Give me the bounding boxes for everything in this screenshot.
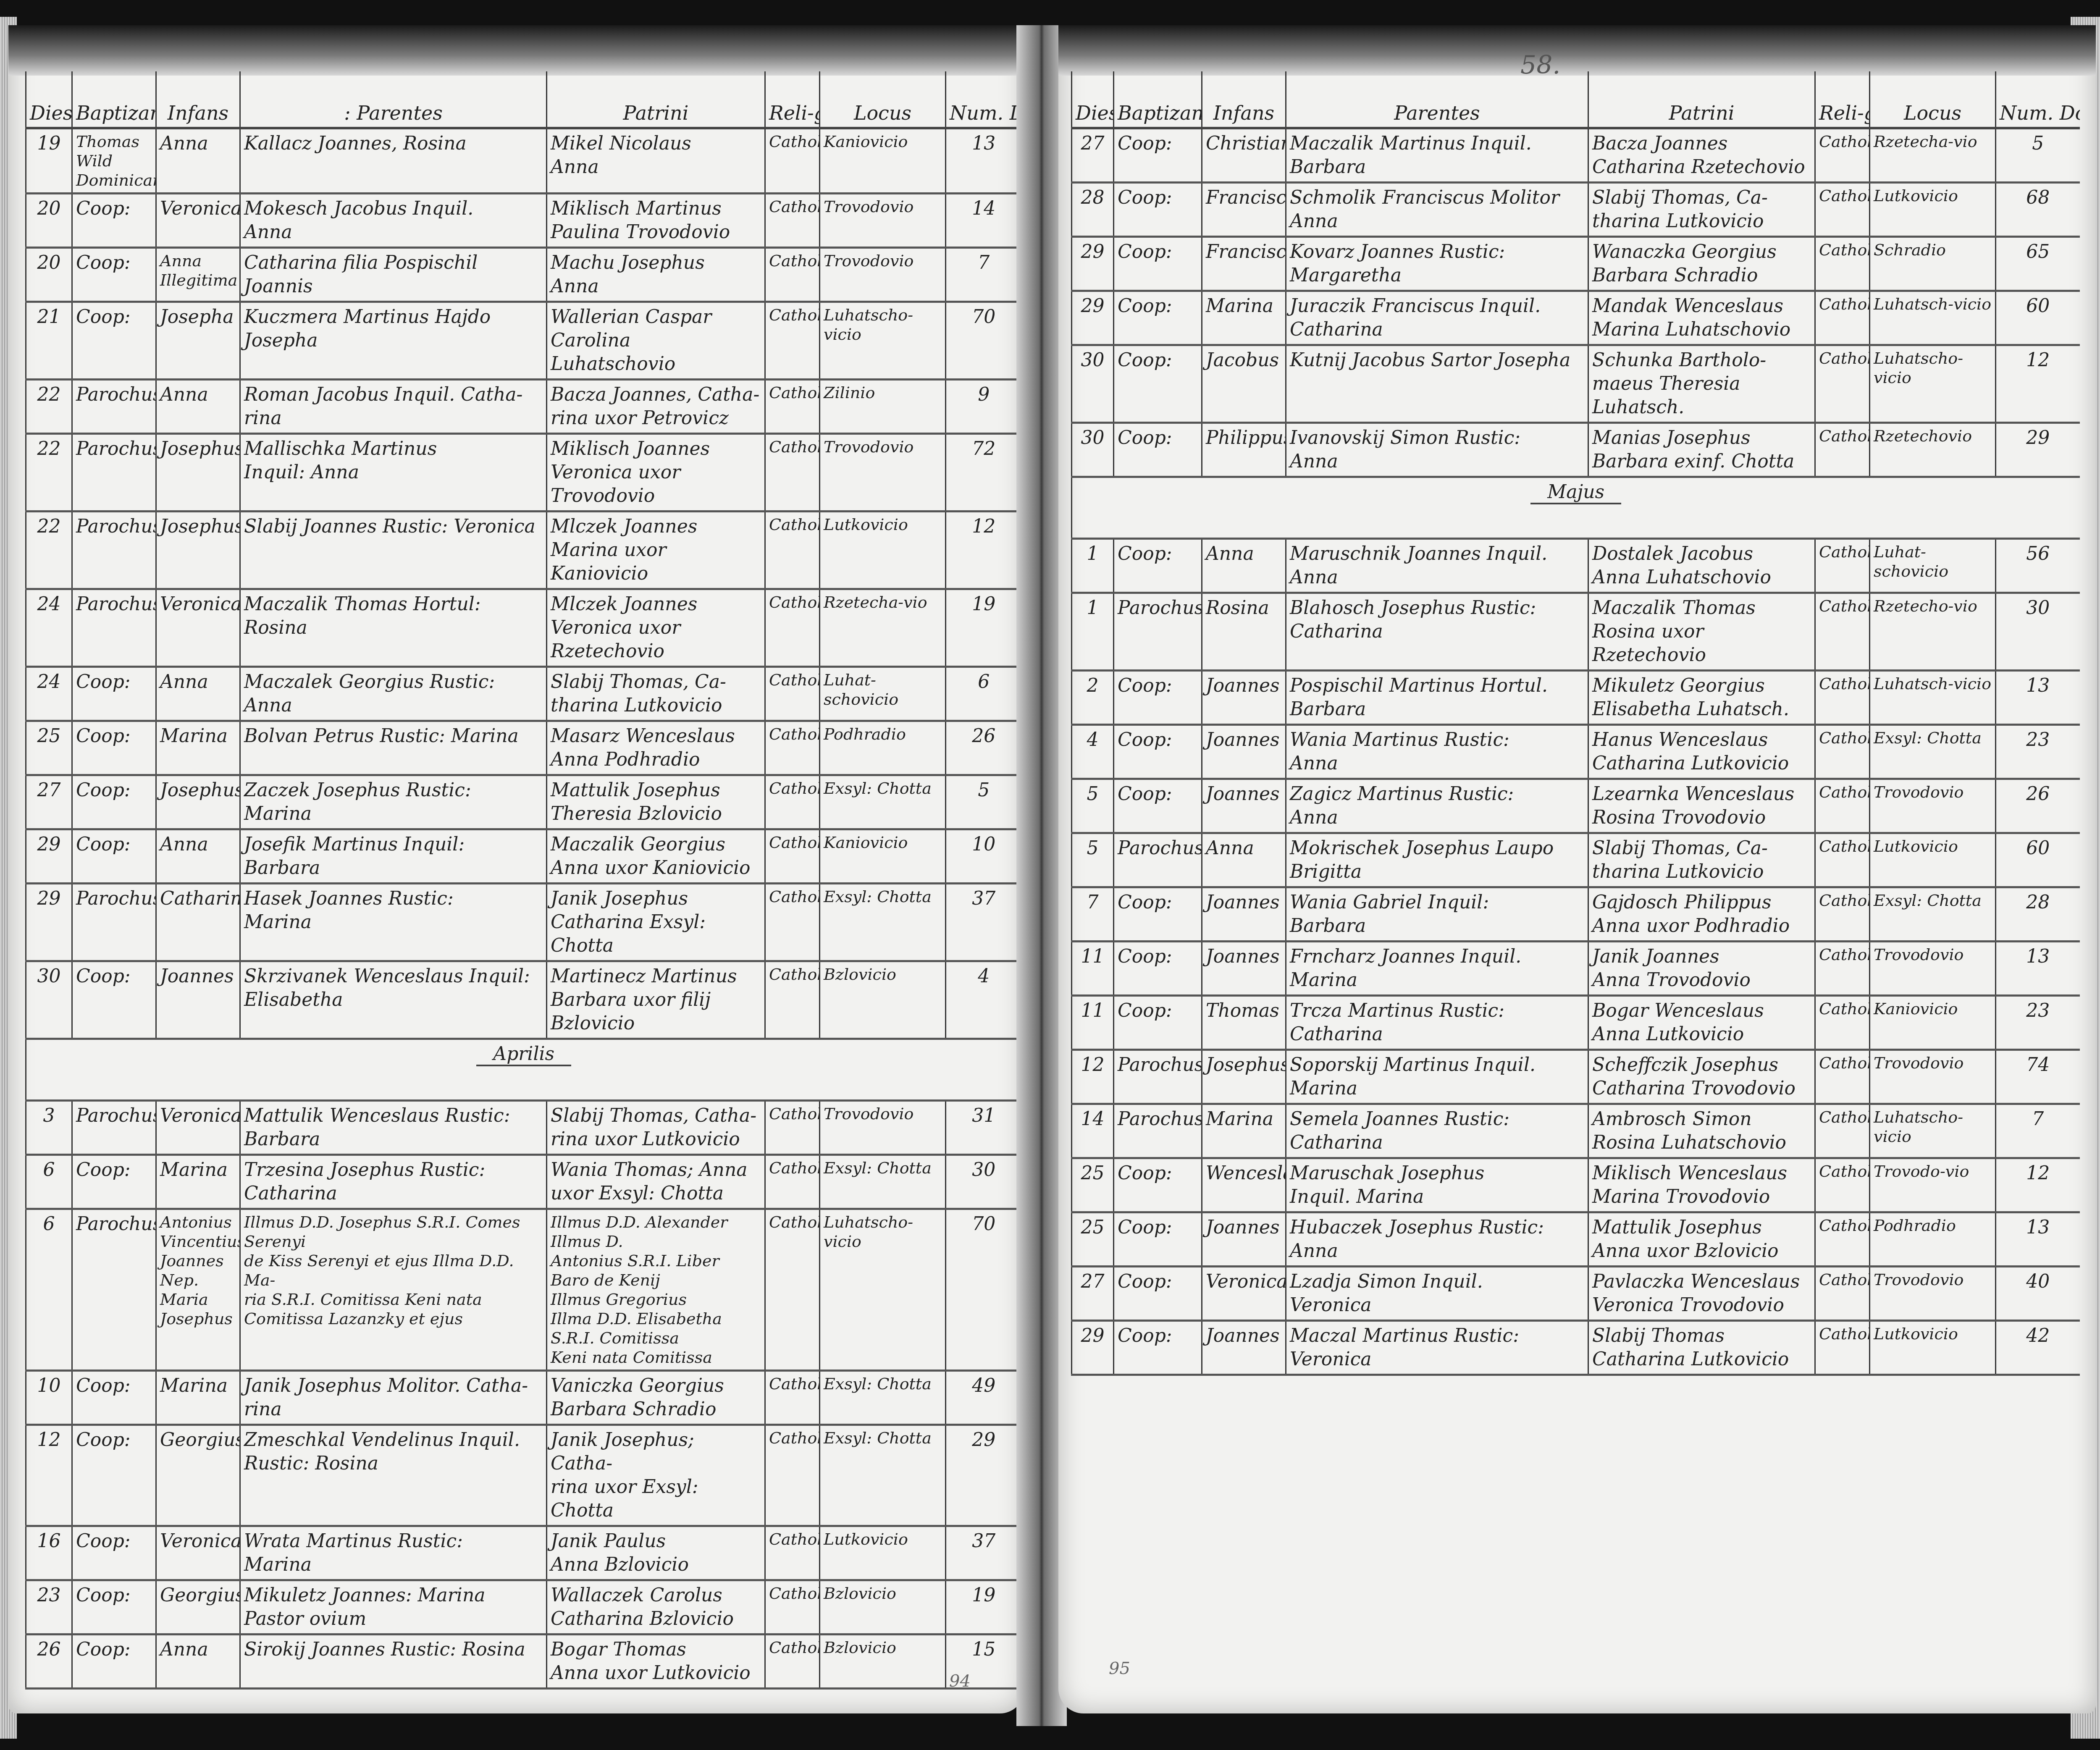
parentes-line: Mokesch Jacobus Inquil. bbox=[244, 197, 543, 220]
patrini-line: Rosina Luhatschovio bbox=[1592, 1131, 1811, 1154]
parentes-cell: Zagicz Martinus Rustic:Anna bbox=[1286, 779, 1588, 833]
house-number-cell: 26 bbox=[946, 721, 1021, 775]
parentes-line: Catharina bbox=[1290, 1023, 1584, 1046]
patrini-cell: Machu JosephusAnna bbox=[547, 248, 765, 302]
patrini-line: Anna uxor Kaniovicio bbox=[551, 856, 761, 880]
religio-cell: Cathol. bbox=[765, 829, 820, 884]
religio-cell: Cathol. bbox=[1815, 1104, 1870, 1158]
religio-cell: Cathol. bbox=[765, 512, 820, 589]
parentes-cell: Mikuletz Joannes: MarinaPastor ovium bbox=[240, 1580, 547, 1635]
parentes-line: Trcza Martinus Rustic: bbox=[1290, 999, 1584, 1023]
patrini-line: Anna uxor Bzlovicio bbox=[1592, 1239, 1811, 1263]
patrini-cell: Mandak WenceslausMarina Luhatschovio bbox=[1588, 291, 1815, 345]
house-number-cell: 9 bbox=[946, 380, 1021, 434]
day-cell: 3 bbox=[26, 1101, 72, 1155]
locus-cell: Luhat-schovicio bbox=[1870, 539, 1996, 593]
locus-cell: Kaniovicio bbox=[820, 829, 946, 884]
parentes-line: Barbara bbox=[1290, 914, 1584, 938]
header-house-number: Num. Domus bbox=[946, 71, 1021, 128]
house-number-cell: 68 bbox=[1996, 183, 2080, 237]
patrini-cell: Martinecz MartinusBarbara uxor filij Bzl… bbox=[547, 961, 765, 1039]
patrini-line: Slabij Thomas, Catha- bbox=[551, 1104, 761, 1128]
parentes-cell: Semela Joannes Rustic:Catharina bbox=[1286, 1104, 1588, 1158]
patrini-cell: Wanaczka GeorgiusBarbara Schradio bbox=[1588, 237, 1815, 291]
locus-cell: Exsyl: Chotta bbox=[1870, 887, 1996, 942]
baptizans-cell: Coop: bbox=[72, 721, 156, 775]
parentes-line: Maruschak Josephus bbox=[1290, 1162, 1584, 1185]
parentes-cell: Skrzivanek Wenceslaus Inquil:Elisabetha bbox=[240, 961, 547, 1039]
house-number-cell: 13 bbox=[1996, 1212, 2080, 1267]
patrini-line: rina uxor Exsyl: Chotta bbox=[551, 1475, 761, 1522]
baptizans-cell: Parochus bbox=[1114, 1104, 1202, 1158]
patrini-line: Schunka Bartholo- bbox=[1592, 349, 1811, 372]
parentes-cell: Schmolik Franciscus MolitorAnna bbox=[1286, 183, 1588, 237]
baptizans-cell: Coop: bbox=[72, 1371, 156, 1425]
patrini-cell: Slabij Thomas, Ca-tharina Lutkovicio bbox=[547, 667, 765, 721]
house-number-cell: 56 bbox=[1996, 539, 2080, 593]
parentes-line: Hasek Joannes Rustic: bbox=[244, 887, 543, 910]
parentes-line: Zaczek Josephus Rustic: bbox=[244, 779, 543, 802]
religio-cell: Cathol. bbox=[765, 1635, 820, 1689]
patrini-cell: Slabij Thomas, Catha-rina uxor Lutkovici… bbox=[547, 1101, 765, 1155]
patrini-cell: Maczalik GeorgiusAnna uxor Kaniovicio bbox=[547, 829, 765, 884]
parentes-line: rina bbox=[244, 407, 543, 430]
house-number-cell: 4 bbox=[946, 961, 1021, 1039]
parentes-cell: Maczalik Martinus Inquil.Barbara bbox=[1286, 128, 1588, 183]
patrini-cell: Janik JosephusCatharina Exsyl: Chotta bbox=[547, 884, 765, 961]
patrini-cell: Wallerian CasparCarolina Luhatschovio bbox=[547, 302, 765, 380]
register-row: 1ParochusRosinaBlahosch Josephus Rustic:… bbox=[1072, 593, 2080, 671]
parentes-line: Rustic: Rosina bbox=[244, 1452, 543, 1475]
patrini-line: Bogar Wenceslaus bbox=[1592, 999, 1811, 1023]
patrini-line: Slabij Thomas, Ca- bbox=[1592, 837, 1811, 860]
parentes-line: Anna bbox=[1290, 806, 1584, 829]
day-cell: 1 bbox=[1072, 539, 1114, 593]
day-cell: 28 bbox=[1072, 183, 1114, 237]
left-column-headers: DiesBaptizansInfans: ParentesPatriniReli… bbox=[26, 71, 1021, 128]
parentes-line: Joannis bbox=[244, 275, 543, 298]
baptizans-cell: Coop: bbox=[1114, 671, 1202, 725]
parentes-line: Anna bbox=[244, 220, 543, 244]
religio-cell: Cathol. bbox=[1815, 237, 1870, 291]
religio-cell: Cathol. bbox=[1815, 996, 1870, 1050]
patrini-line: Pavlaczka Wenceslaus bbox=[1592, 1270, 1811, 1293]
register-row: 12Coop:GeorgiusZmeschkal Vendelinus Inqu… bbox=[26, 1425, 1021, 1526]
infans-cell: Joannes bbox=[1202, 725, 1286, 779]
infans-cell: Anna bbox=[156, 1635, 240, 1689]
patrini-line: Catharina Rzetechovio bbox=[1592, 155, 1811, 179]
folio-number-left: 94 bbox=[949, 1671, 971, 1691]
parentes-cell: Maruschnik Joannes Inquil.Anna bbox=[1286, 539, 1588, 593]
register-row: 25Coop:WenceslausMaruschak JosephusInqui… bbox=[1072, 1158, 2080, 1212]
parentes-cell: Pospischil Martinus Hortul.Barbara bbox=[1286, 671, 1588, 725]
patrini-line: Rosina uxor Rzetechovio bbox=[1592, 620, 1811, 667]
infans-cell: Catharina bbox=[156, 884, 240, 961]
day-cell: 7 bbox=[1072, 887, 1114, 942]
register-row: 5ParochusAnnaMokrischek Josephus LaupoBr… bbox=[1072, 833, 2080, 887]
house-number-cell: 28 bbox=[1996, 887, 2080, 942]
patrini-cell: Wania Thomas; Annauxor Exsyl: Chotta bbox=[547, 1155, 765, 1209]
patrini-cell: Ambrosch SimonRosina Luhatschovio bbox=[1588, 1104, 1815, 1158]
parentes-line: Anna bbox=[1290, 210, 1584, 233]
parentes-line: Catharina filia Pospischil bbox=[244, 251, 543, 275]
patrini-line: Marina Trovodovio bbox=[1592, 1185, 1811, 1209]
patrini-line: Barbara uxor filij Bzlovicio bbox=[551, 988, 761, 1035]
infans-cell: Anna Illegitima bbox=[156, 248, 240, 302]
religio-cell: Cathol. bbox=[765, 589, 820, 667]
religio-cell: Cathol. bbox=[765, 380, 820, 434]
infans-cell: Josephus bbox=[156, 775, 240, 829]
day-cell: 30 bbox=[1072, 423, 1114, 477]
baptizans-cell: Coop: bbox=[72, 1635, 156, 1689]
patrini-line: Manias Josephus bbox=[1592, 426, 1811, 450]
locus-cell: Trovodovio bbox=[1870, 942, 1996, 996]
register-row: 26Coop:AnnaSirokij Joannes Rustic: Rosin… bbox=[26, 1635, 1021, 1689]
patrini-line: Mikuletz Georgius bbox=[1592, 674, 1811, 698]
baptizans-cell: Coop: bbox=[1114, 539, 1202, 593]
patrini-line: Veronica uxor Trovodovio bbox=[551, 461, 761, 508]
religio-cell: Cathol. bbox=[1815, 593, 1870, 671]
baptizans-cell: Coop: bbox=[72, 961, 156, 1039]
patrini-cell: Slabij Thomas, Ca-tharina Lutkovicio bbox=[1588, 183, 1815, 237]
patrini-line: maeus Theresia Luhatsch. bbox=[1592, 372, 1811, 419]
infans-cell: Marina bbox=[156, 721, 240, 775]
parentes-line: de Kiss Serenyi et ejus Illma D.D. Ma- bbox=[244, 1251, 543, 1290]
patrini-line: Gajdosch Philippus bbox=[1592, 891, 1811, 914]
baptizans-cell: Coop: bbox=[1114, 1158, 1202, 1212]
locus-cell: Zilinio bbox=[820, 380, 946, 434]
locus-cell: Luhatsch-vicio bbox=[1870, 671, 1996, 725]
locus-cell: Exsyl: Chotta bbox=[820, 1155, 946, 1209]
book-spread: DiesBaptizansInfans: ParentesPatriniReli… bbox=[0, 0, 2100, 1750]
register-row: 23Coop:GeorgiusMikuletz Joannes: MarinaP… bbox=[26, 1580, 1021, 1635]
patrini-line: Anna Lutkovicio bbox=[1592, 1023, 1811, 1046]
house-number-cell: 74 bbox=[1996, 1050, 2080, 1104]
patrini-cell: Gajdosch PhilippusAnna uxor Podhradio bbox=[1588, 887, 1815, 942]
patrini-line: Mikel Nicolaus bbox=[551, 132, 761, 155]
parentes-line: Inquil: Anna bbox=[244, 461, 543, 484]
baptizans-cell: Coop: bbox=[1114, 128, 1202, 183]
house-number-cell: 19 bbox=[946, 1580, 1021, 1635]
day-cell: 25 bbox=[1072, 1158, 1114, 1212]
infans-cell: Franciscus bbox=[1202, 183, 1286, 237]
register-row: 4Coop:JoannesWania Martinus Rustic:AnnaH… bbox=[1072, 725, 2080, 779]
parentes-line: Wania Martinus Rustic: bbox=[1290, 728, 1584, 752]
parentes-cell: Zaczek Josephus Rustic:Marina bbox=[240, 775, 547, 829]
house-number-cell: 70 bbox=[946, 302, 1021, 380]
locus-cell: Trovodovio bbox=[1870, 779, 1996, 833]
baptizans-cell: Coop: bbox=[72, 248, 156, 302]
locus-cell: Lutkovicio bbox=[1870, 1321, 1996, 1375]
infans-cell: Josepha bbox=[156, 302, 240, 380]
register-row: 11Coop:JoannesFrncharz Joannes Inquil.Ma… bbox=[1072, 942, 2080, 996]
parentes-line: Marina bbox=[244, 910, 543, 934]
patrini-line: Carolina Luhatschovio bbox=[551, 329, 761, 376]
day-cell: 25 bbox=[1072, 1212, 1114, 1267]
patrini-line: uxor Exsyl: Chotta bbox=[551, 1182, 761, 1205]
parentes-line: Anna bbox=[1290, 450, 1584, 473]
patrini-line: Barbara Schradio bbox=[1592, 264, 1811, 287]
register-row: 27Coop:JosephusZaczek Josephus Rustic:Ma… bbox=[26, 775, 1021, 829]
parentes-cell: Bolvan Petrus Rustic: Marina bbox=[240, 721, 547, 775]
day-cell: 14 bbox=[1072, 1104, 1114, 1158]
left-page-curl bbox=[8, 25, 1025, 76]
parentes-line: Roman Jacobus Inquil. Catha- bbox=[244, 383, 543, 407]
register-row: 20Coop:VeronicaMokesch Jacobus Inquil.An… bbox=[26, 194, 1021, 248]
house-number-cell: 23 bbox=[1996, 996, 2080, 1050]
religio-cell: Cathol. bbox=[765, 1580, 820, 1635]
parentes-cell: Sirokij Joannes Rustic: Rosina bbox=[240, 1635, 547, 1689]
parentes-line: Marina bbox=[1290, 1077, 1584, 1100]
patrini-line: Vaniczka Georgius bbox=[551, 1374, 761, 1398]
baptizans-cell: Coop: bbox=[72, 302, 156, 380]
day-cell: 12 bbox=[1072, 1050, 1114, 1104]
locus-cell: Trovodovio bbox=[1870, 1050, 1996, 1104]
house-number-cell: 7 bbox=[946, 248, 1021, 302]
left-register-table: DiesBaptizansInfans: ParentesPatriniReli… bbox=[25, 71, 1021, 1690]
infans-cell: Georgius bbox=[156, 1425, 240, 1526]
locus-cell: Schradio bbox=[1870, 237, 1996, 291]
patrini-line: Anna Luhatschovio bbox=[1592, 566, 1811, 589]
register-row: 2Coop:JoannesPospischil Martinus Hortul.… bbox=[1072, 671, 2080, 725]
locus-cell: Trovodovio bbox=[820, 434, 946, 512]
patrini-line: Elisabetha Luhatsch. bbox=[1592, 698, 1811, 721]
infans-cell: Marina bbox=[1202, 291, 1286, 345]
patrini-cell: Illmus D.D. Alexander Illmus D.Antonius … bbox=[547, 1209, 765, 1371]
parentes-cell: Trzesina Josephus Rustic:Catharina bbox=[240, 1155, 547, 1209]
day-cell: 22 bbox=[26, 512, 72, 589]
baptizans-cell: Coop: bbox=[72, 667, 156, 721]
patrini-line: Slabij Thomas bbox=[1592, 1324, 1811, 1348]
parentes-line: Bolvan Petrus Rustic: Marina bbox=[244, 724, 543, 748]
parentes-line: Elisabetha bbox=[244, 988, 543, 1012]
parentes-line: Blahosch Josephus Rustic: bbox=[1290, 596, 1584, 620]
religio-cell: Cathol. bbox=[1815, 1050, 1870, 1104]
house-number-cell: 72 bbox=[946, 434, 1021, 512]
register-row: 6ParochusAntonius Vincentius Joannes Nep… bbox=[26, 1209, 1021, 1371]
month-heading-cell: Aprilis bbox=[26, 1039, 1021, 1101]
infans-cell: Veronica bbox=[156, 1101, 240, 1155]
religio-cell: Cathol. bbox=[765, 884, 820, 961]
parentes-line: Mallischka Martinus bbox=[244, 437, 543, 461]
infans-cell: Joannes bbox=[1202, 887, 1286, 942]
patrini-cell: Mikel NicolausAnna bbox=[547, 128, 765, 194]
parentes-cell: Mokesch Jacobus Inquil.Anna bbox=[240, 194, 547, 248]
parentes-cell: Hubaczek Josephus Rustic:Anna bbox=[1286, 1212, 1588, 1267]
house-number-cell: 37 bbox=[946, 1526, 1021, 1580]
header-religio: Reli-gio bbox=[765, 71, 820, 128]
day-cell: 29 bbox=[26, 829, 72, 884]
house-number-cell: 5 bbox=[946, 775, 1021, 829]
patrini-cell: Wallaczek CarolusCatharina Bzlovicio bbox=[547, 1580, 765, 1635]
religio-cell: Cathol. bbox=[1815, 183, 1870, 237]
patrini-cell: Lzearnka WenceslausRosina Trovodovio bbox=[1588, 779, 1815, 833]
patrini-line: Keni nata Comitissa bbox=[551, 1348, 761, 1367]
patrini-cell: Pavlaczka WenceslausVeronica Trovodovio bbox=[1588, 1267, 1815, 1321]
parentes-cell: Blahosch Josephus Rustic:Catharina bbox=[1286, 593, 1588, 671]
infans-cell: Joannes bbox=[156, 961, 240, 1039]
register-row: 7Coop:JoannesWania Gabriel Inquil:Barbar… bbox=[1072, 887, 2080, 942]
locus-cell: Exsyl: Chotta bbox=[820, 1425, 946, 1526]
house-number-cell: 49 bbox=[946, 1371, 1021, 1425]
patrini-line: Anna Trovodovio bbox=[1592, 968, 1811, 992]
header-parentes: : Parentes bbox=[240, 71, 547, 128]
locus-cell: Bzlovicio bbox=[820, 1580, 946, 1635]
parentes-line: Maczalik Martinus Inquil. bbox=[1290, 132, 1584, 155]
day-cell: 12 bbox=[26, 1425, 72, 1526]
infans-cell: Georgius bbox=[156, 1580, 240, 1635]
religio-cell: Cathol. bbox=[1815, 725, 1870, 779]
religio-cell: Cathol. bbox=[765, 1526, 820, 1580]
parentes-line: Semela Joannes Rustic: bbox=[1290, 1107, 1584, 1131]
patrini-line: Marina uxor Kaniovicio bbox=[551, 538, 761, 585]
header-parentes: Parentes bbox=[1286, 71, 1588, 128]
religio-cell: Cathol. bbox=[765, 434, 820, 512]
infans-cell: Veronica bbox=[156, 1526, 240, 1580]
religio-cell: Cathol. bbox=[1815, 423, 1870, 477]
patrini-line: Dostalek Jacobus bbox=[1592, 542, 1811, 566]
month-heading: Majus bbox=[1530, 481, 1621, 504]
house-number-cell: 12 bbox=[946, 512, 1021, 589]
baptizans-cell: Coop: bbox=[72, 1425, 156, 1526]
parentes-cell: Mokrischek Josephus LaupoBrigitta bbox=[1286, 833, 1588, 887]
baptizans-cell: Coop: bbox=[72, 1580, 156, 1635]
patrini-cell: Mattulik JosephusAnna uxor Bzlovicio bbox=[1588, 1212, 1815, 1267]
day-cell: 29 bbox=[1072, 1321, 1114, 1375]
patrini-line: Catharina Bzlovicio bbox=[551, 1607, 761, 1631]
religio-cell: Cathol. bbox=[1815, 1267, 1870, 1321]
locus-cell: Exsyl: Chotta bbox=[1870, 725, 1996, 779]
infans-cell: Anna bbox=[156, 667, 240, 721]
day-cell: 30 bbox=[1072, 345, 1114, 423]
house-number-cell: 60 bbox=[1996, 291, 2080, 345]
patrini-line: tharina Lutkovicio bbox=[551, 694, 761, 717]
locus-cell: Rzetecha-vio bbox=[1870, 128, 1996, 183]
patrini-line: Miklisch Joannes bbox=[551, 437, 761, 461]
baptizans-cell: Coop: bbox=[72, 829, 156, 884]
patrini-line: Hanus Wenceslaus bbox=[1592, 728, 1811, 752]
baptizans-cell: Coop: bbox=[72, 1526, 156, 1580]
house-number-cell: 5 bbox=[1996, 128, 2080, 183]
patrini-line: Mandak Wenceslaus bbox=[1592, 294, 1811, 318]
day-cell: 27 bbox=[1072, 1267, 1114, 1321]
infans-cell: Marina bbox=[156, 1155, 240, 1209]
locus-cell: Luhatscho-vicio bbox=[1870, 345, 1996, 423]
right-page: 58. DiesBaptizansInfansParentesPatriniRe… bbox=[1058, 25, 2096, 1713]
infans-cell: Franciscus bbox=[1202, 237, 1286, 291]
parentes-line: Wrata Martinus Rustic: bbox=[244, 1530, 543, 1553]
parentes-line: Barbara bbox=[244, 1128, 543, 1151]
day-cell: 29 bbox=[1072, 237, 1114, 291]
day-cell: 2 bbox=[1072, 671, 1114, 725]
parentes-cell: Mattulik Wenceslaus Rustic:Barbara bbox=[240, 1101, 547, 1155]
parentes-line: Trzesina Josephus Rustic: bbox=[244, 1158, 543, 1182]
parentes-line: Maczalik Thomas Hortul: bbox=[244, 593, 543, 616]
patrini-cell: Slabij Thomas, Ca-tharina Lutkovicio bbox=[1588, 833, 1815, 887]
house-number-cell: 13 bbox=[1996, 671, 2080, 725]
infans-cell: Rosina bbox=[1202, 593, 1286, 671]
religio-cell: Cathol. bbox=[765, 961, 820, 1039]
parentes-cell: Hasek Joannes Rustic:Marina bbox=[240, 884, 547, 961]
locus-cell: Bzlovicio bbox=[820, 961, 946, 1039]
locus-cell: Lutkovicio bbox=[820, 512, 946, 589]
religio-cell: Cathol. bbox=[765, 775, 820, 829]
infans-cell: Anna bbox=[156, 128, 240, 194]
locus-cell: Bzlovicio bbox=[820, 1635, 946, 1689]
day-cell: 29 bbox=[1072, 291, 1114, 345]
day-cell: 24 bbox=[26, 589, 72, 667]
patrini-line: Mattulik Josephus bbox=[1592, 1216, 1811, 1239]
register-row: 5Coop:JoannesZagicz Martinus Rustic:Anna… bbox=[1072, 779, 2080, 833]
patrini-cell: Maczalik ThomasRosina uxor Rzetechovio bbox=[1588, 593, 1815, 671]
house-number-cell: 42 bbox=[1996, 1321, 2080, 1375]
locus-cell: Trovodovio bbox=[1870, 1267, 1996, 1321]
house-number-cell: 19 bbox=[946, 589, 1021, 667]
parentes-line: Schmolik Franciscus Molitor bbox=[1290, 186, 1584, 210]
religio-cell: Cathol. bbox=[1815, 1212, 1870, 1267]
infans-cell: Josephus bbox=[156, 434, 240, 512]
patrini-line: Miklisch Martinus bbox=[551, 197, 761, 220]
patrini-cell: Miklisch MartinusPaulina Trovodovio bbox=[547, 194, 765, 248]
house-number-cell: 30 bbox=[1996, 593, 2080, 671]
religio-cell: Cathol. bbox=[1815, 345, 1870, 423]
parentes-line: Anna bbox=[1290, 566, 1584, 589]
parentes-cell: Illmus D.D. Josephus S.R.I. Comes Sereny… bbox=[240, 1209, 547, 1371]
register-row: 24Coop:AnnaMaczalek Georgius Rustic:Anna… bbox=[26, 667, 1021, 721]
patrini-line: Catharina Trovodovio bbox=[1592, 1077, 1811, 1100]
parentes-line: Veronica bbox=[1290, 1348, 1584, 1371]
religio-cell: Cathol. bbox=[765, 1371, 820, 1425]
infans-cell: Veronica bbox=[156, 589, 240, 667]
patrini-line: Catharina Lutkovicio bbox=[1592, 752, 1811, 775]
infans-cell: Anna bbox=[156, 829, 240, 884]
religio-cell: Cathol. bbox=[1815, 779, 1870, 833]
house-number-cell: 12 bbox=[1996, 1158, 2080, 1212]
day-cell: 10 bbox=[26, 1371, 72, 1425]
patrini-line: Mlczek Joannes bbox=[551, 593, 761, 616]
parentes-line: Slabij Joannes Rustic: Veronica bbox=[244, 515, 543, 538]
baptizans-cell: Parochus bbox=[72, 512, 156, 589]
parentes-line: Frncharz Joannes Inquil. bbox=[1290, 945, 1584, 968]
parentes-cell: Ivanovskij Simon Rustic:Anna bbox=[1286, 423, 1588, 477]
left-page: DiesBaptizansInfans: ParentesPatriniReli… bbox=[8, 25, 1025, 1713]
infans-cell: Wenceslaus bbox=[1202, 1158, 1286, 1212]
day-cell: 5 bbox=[1072, 833, 1114, 887]
register-row: 27Coop:VeronicaLzadja Simon Inquil.Veron… bbox=[1072, 1267, 2080, 1321]
header-day: Dies bbox=[26, 71, 72, 128]
house-number-cell: 29 bbox=[946, 1425, 1021, 1526]
house-number-cell: 6 bbox=[946, 667, 1021, 721]
patrini-line: Janik Joannes bbox=[1592, 945, 1811, 968]
baptizans-cell: Parochus bbox=[72, 884, 156, 961]
patrini-cell: Bogar ThomasAnna uxor Lutkovicio bbox=[547, 1635, 765, 1689]
folio-number-right: 95 bbox=[1109, 1659, 1130, 1678]
parentes-line: Mikuletz Joannes: Marina bbox=[244, 1584, 543, 1607]
parentes-cell: Maczalik Thomas Hortul:Rosina bbox=[240, 589, 547, 667]
house-number-cell: 70 bbox=[946, 1209, 1021, 1371]
patrini-line: Anna bbox=[551, 275, 761, 298]
day-cell: 30 bbox=[26, 961, 72, 1039]
patrini-line: Marina Luhatschovio bbox=[1592, 318, 1811, 341]
baptizans-cell: Parochus bbox=[72, 1101, 156, 1155]
baptizans-cell: Coop: bbox=[1114, 996, 1202, 1050]
baptizans-cell: Coop: bbox=[1114, 423, 1202, 477]
infans-cell: Antonius Vincentius Joannes Nep. Maria J… bbox=[156, 1209, 240, 1371]
patrini-cell: Janik Josephus; Catha-rina uxor Exsyl: C… bbox=[547, 1425, 765, 1526]
register-row: 10Coop:MarinaJanik Josephus Molitor. Cat… bbox=[26, 1371, 1021, 1425]
patrini-cell: Janik PaulusAnna Bzlovicio bbox=[547, 1526, 765, 1580]
parentes-line: Anna bbox=[1290, 752, 1584, 775]
